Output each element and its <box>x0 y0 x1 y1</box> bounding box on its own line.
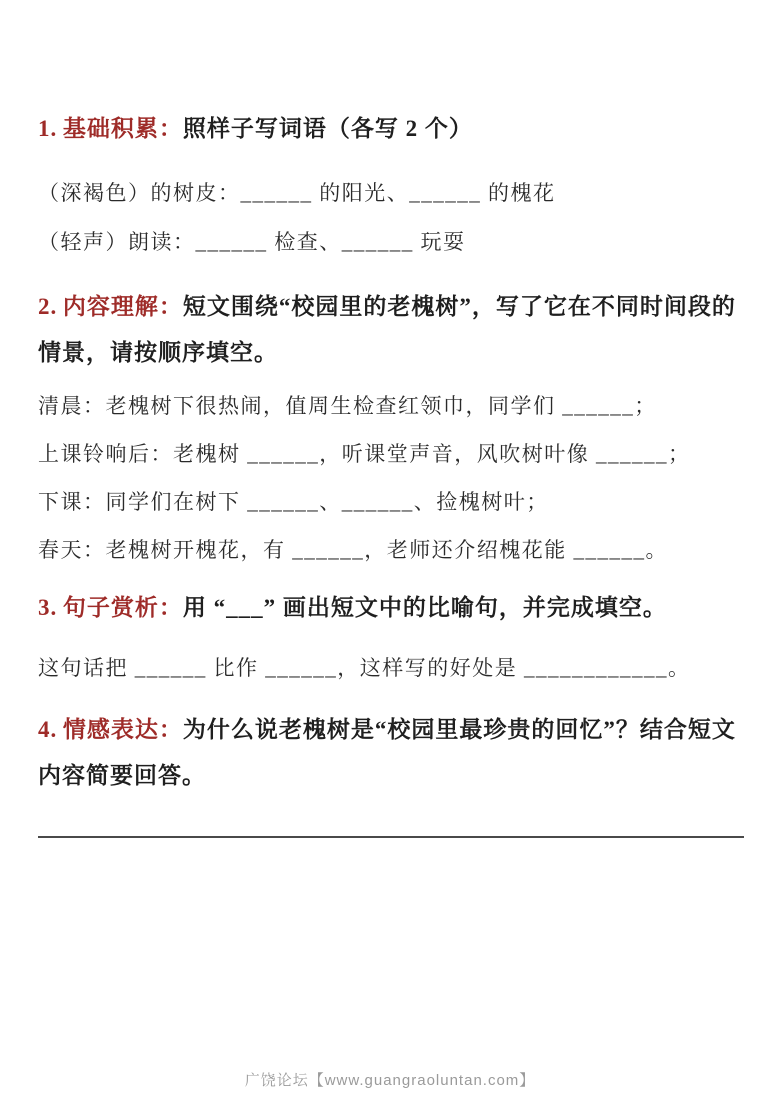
worksheet-page: 1. 基础积累：照样子写词语（各写 2 个） （深褐色）的树皮：______ 的… <box>0 0 780 1103</box>
section-1-prompt: 照样子写词语（各写 2 个） <box>183 116 473 141</box>
section-4-title: 情感表达： <box>63 717 183 742</box>
section-2-number-title: 2. 内容理解： <box>38 294 183 319</box>
section-1-number-title: 1. 基础积累： <box>38 116 183 141</box>
section-3-number-title: 3. 句子赏析： <box>38 595 183 620</box>
section-1-line-1: （深褐色）的树皮：______ 的阳光、______ 的槐花 <box>38 177 744 209</box>
section-2-line-3: 下课：同学们在树下 ______、______、捡槐树叶； <box>38 486 744 518</box>
section-2-title: 内容理解： <box>63 294 183 319</box>
section-1-number: 1. <box>38 116 57 141</box>
section-2-line-4: 春天：老槐树开槐花，有 ______，老师还介绍槐花能 ______。 <box>38 534 744 566</box>
section-3-heading: 3. 句子赏析：用 “___” 画出短文中的比喻句，并完成填空。 <box>38 591 744 624</box>
section-1-title: 基础积累： <box>63 116 183 141</box>
section-2-line-1: 清晨：老槐树下很热闹，值周生检查红领巾，同学们 ______； <box>38 390 744 422</box>
section-1-heading: 1. 基础积累：照样子写词语（各写 2 个） <box>38 112 744 145</box>
section-3-title: 句子赏析： <box>63 595 183 620</box>
section-3-line-1: 这句话把 ______ 比作 ______，这样写的好处是 __________… <box>38 652 744 684</box>
answer-blank-line[interactable] <box>38 836 744 838</box>
section-3-number: 3. <box>38 595 57 620</box>
section-1-line-2: （轻声）朗读：______ 检查、______ 玩耍 <box>38 226 744 258</box>
section-2-number: 2. <box>38 294 57 319</box>
footer-watermark: 广饶论坛【www.guangraoluntan.com】 <box>0 1069 780 1090</box>
section-4-number-title: 4. 情感表达： <box>38 717 183 742</box>
section-4-number: 4. <box>38 717 57 742</box>
section-3-prompt: 用 “___” 画出短文中的比喻句，并完成填空。 <box>183 595 667 620</box>
section-2-line-2: 上课铃响后：老槐树 ______，听课堂声音，风吹树叶像 ______； <box>38 438 744 470</box>
section-4-heading: 4. 情感表达：为什么说老槐树是“校园里最珍贵的回忆”？结合短文内容简要回答。 <box>38 707 744 799</box>
section-2-heading: 2. 内容理解：短文围绕“校园里的老槐树”，写了它在不同时间段的情景，请按顺序填… <box>38 284 744 376</box>
